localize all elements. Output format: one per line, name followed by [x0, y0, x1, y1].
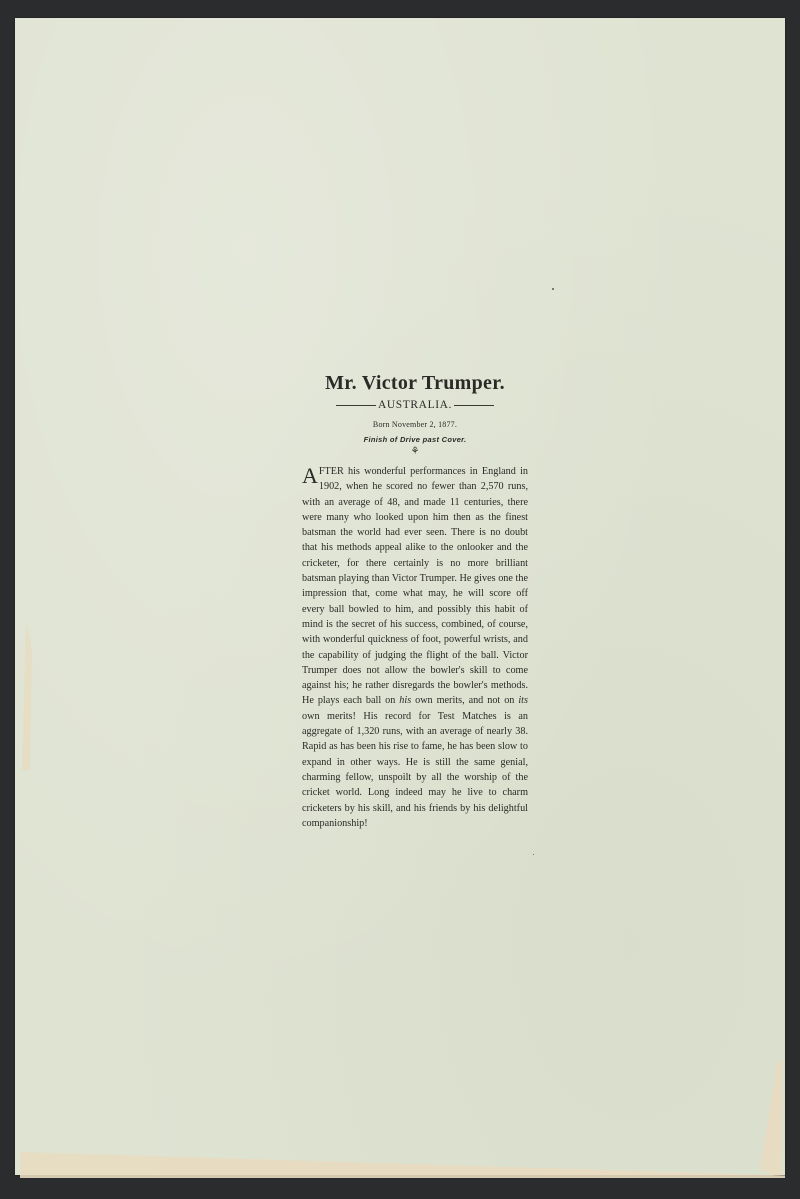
body-segment: own merits! His record for Test Matches …: [302, 711, 528, 829]
article-column: Mr. Victor Trumper. AUSTRALIA. Born Nove…: [302, 370, 528, 841]
drop-cap: A: [302, 467, 318, 485]
birth-date: Born November 2, 1877.: [302, 420, 528, 429]
scanned-page: Mr. Victor Trumper. AUSTRALIA. Born Nove…: [15, 18, 785, 1175]
country-heading: AUSTRALIA.: [302, 396, 528, 414]
paper-speck: [533, 854, 534, 855]
paper-speck: [552, 288, 554, 290]
fleuron-icon: ⚘: [302, 446, 528, 458]
country-label: AUSTRALIA.: [376, 399, 454, 411]
body-segment: FTER his wonderful performances in Engla…: [302, 466, 528, 706]
body-emphasis: his: [399, 695, 411, 706]
photo-caption: Finish of Drive past Cover.: [302, 435, 528, 444]
page-title: Mr. Victor Trumper.: [302, 370, 528, 396]
rule-left: [336, 405, 376, 406]
rule-right: [454, 405, 494, 406]
article-body: AFTER his wonderful performances in Engl…: [302, 464, 528, 831]
body-emphasis: its: [518, 695, 528, 706]
body-segment: own merits, and not on: [411, 695, 518, 706]
